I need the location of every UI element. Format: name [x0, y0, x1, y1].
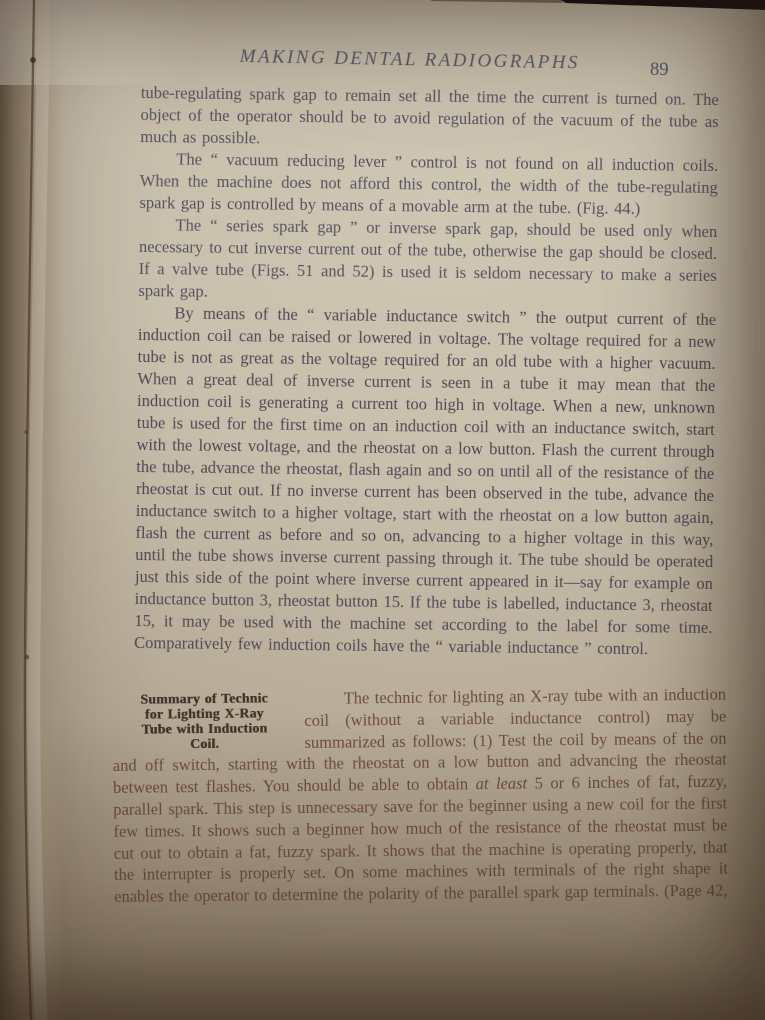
sidenote-line: Summary of Technic	[114, 690, 294, 707]
book-page-photo: MAKING DENTAL RADIOGRAPHS 89 tube-regula…	[0, 0, 765, 1020]
sidenote-line: Coil.	[114, 735, 294, 752]
page-crease	[0, 0, 130, 1020]
sidenote-line: Tube with Induction	[114, 720, 294, 737]
summary-italic-phrase: at least	[476, 774, 528, 794]
paragraph-3: The “ series spark gap ” or inverse spar…	[138, 214, 717, 309]
page-number: 89	[650, 60, 669, 81]
background-edge-strip	[0, 0, 765, 14]
paragraph-1: tube-regulating spark gap to remain set …	[140, 82, 719, 155]
page-text-lower: Summary of Technic for Lighting X-Ray Tu…	[112, 684, 728, 908]
paragraph-2: The “ vacuum reducing lever ” control is…	[139, 148, 718, 221]
sidenote-heading: Summary of Technic for Lighting X-Ray Tu…	[114, 690, 295, 752]
paragraph-4: By means of the “ variable inductance sw…	[134, 302, 716, 661]
page-text-upper: tube-regulating spark gap to remain set …	[134, 82, 719, 661]
